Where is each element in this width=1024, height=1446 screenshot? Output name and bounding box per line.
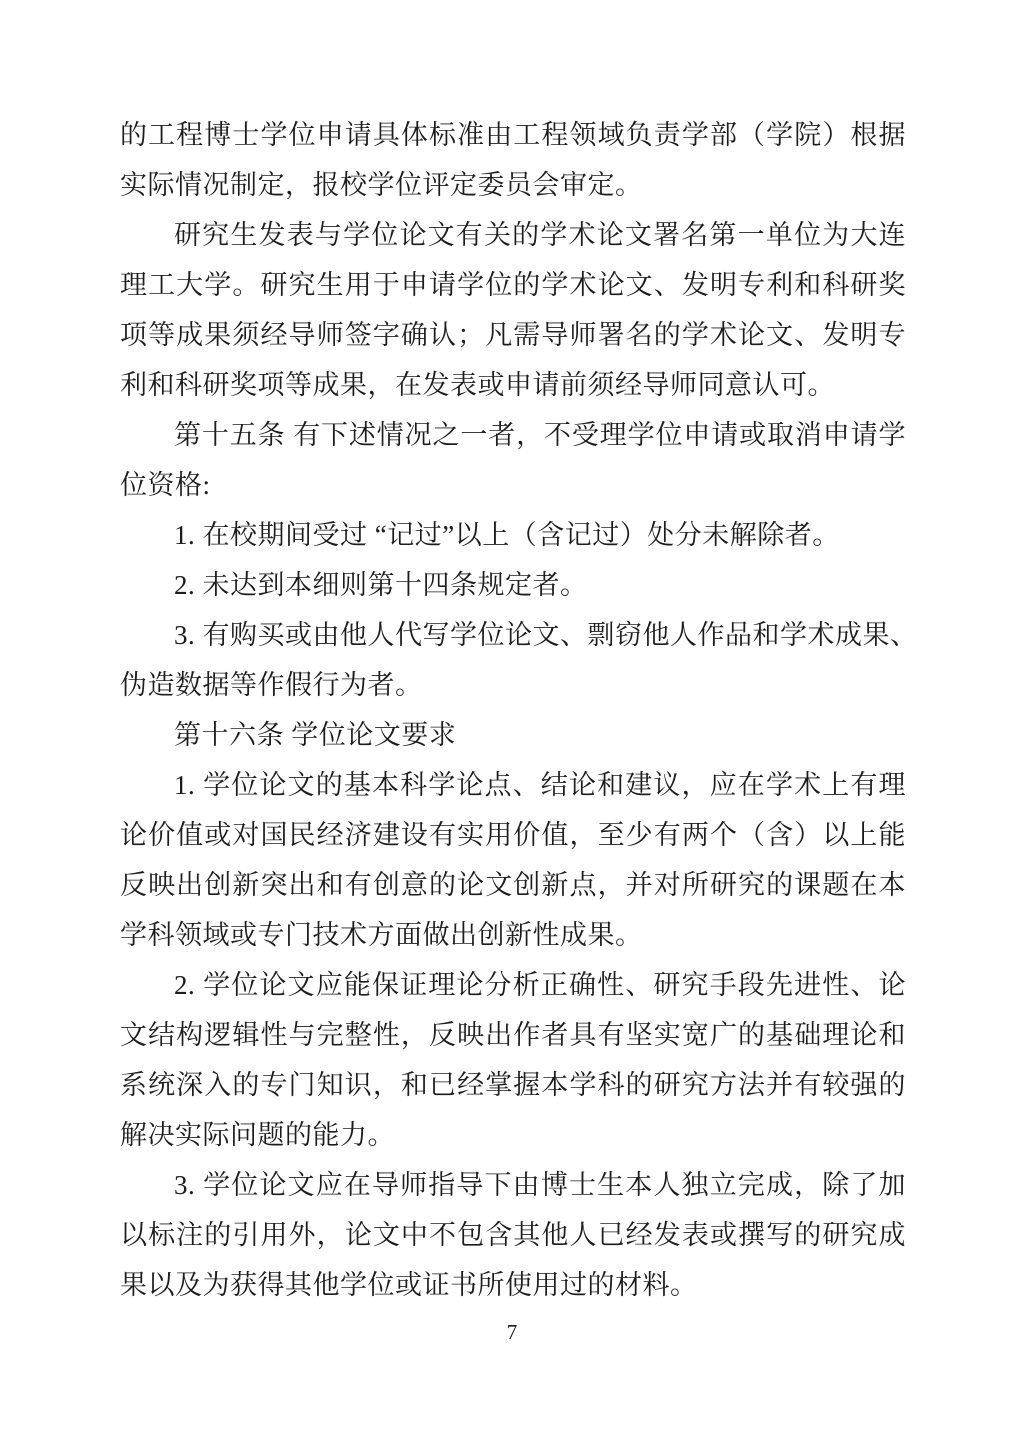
- list-item-line: 2. 未达到本细则第十四条规定者。: [120, 560, 906, 610]
- text-line: 反映出创新突出和有创意的论文创新点，并对所研究的课题在本: [120, 860, 906, 910]
- text-line: 项等成果须经导师签字确认；凡需导师署名的学术论文、发明专: [120, 310, 906, 360]
- list-item-line: 3. 学位论文应在导师指导下由博士生本人独立完成，除了加: [120, 1160, 906, 1210]
- text-line: 理工大学。研究生用于申请学位的学术论文、发明专利和科研奖: [120, 260, 906, 310]
- text-line: 伪造数据等作假行为者。: [120, 660, 906, 710]
- list-item-line: 1. 在校期间受过 “记过”以上（含记过）处分未解除者。: [120, 510, 906, 560]
- page-number: 7: [0, 1316, 1024, 1348]
- article-heading-line: 第十五条 有下述情况之一者，不受理学位申请或取消申请学: [120, 410, 906, 460]
- list-item-line: 3. 有购买或由他人代写学位论文、剽窃他人作品和学术成果、: [120, 610, 906, 660]
- text-line: 系统深入的专门知识，和已经掌握本学科的研究方法并有较强的: [120, 1060, 906, 1110]
- document-page: 的工程博士学位申请具体标准由工程领域负责学部（学院）根据 实际情况制定，报校学位…: [0, 0, 1024, 1446]
- list-item-line: 2. 学位论文应能保证理论分析正确性、研究手段先进性、论: [120, 960, 906, 1010]
- text-line: 实际情况制定，报校学位评定委员会审定。: [120, 160, 906, 210]
- list-item-line: 1. 学位论文的基本科学论点、结论和建议，应在学术上有理: [120, 760, 906, 810]
- text-line: 解决实际问题的能力。: [120, 1110, 906, 1160]
- text-line: 学科领域或专门技术方面做出创新性成果。: [120, 910, 906, 960]
- text-line: 研究生发表与学位论文有关的学术论文署名第一单位为大连: [120, 210, 906, 260]
- text-line: 论价值或对国民经济建设有实用价值，至少有两个（含）以上能: [120, 810, 906, 860]
- text-line: 以标注的引用外，论文中不包含其他人已经发表或撰写的研究成: [120, 1210, 906, 1260]
- text-line: 文结构逻辑性与完整性，反映出作者具有坚实宽广的基础理论和: [120, 1010, 906, 1060]
- text-line: 位资格:: [120, 460, 906, 510]
- text-line: 果以及为获得其他学位或证书所使用过的材料。: [120, 1260, 906, 1310]
- document-body: 的工程博士学位申请具体标准由工程领域负责学部（学院）根据 实际情况制定，报校学位…: [0, 0, 1024, 1310]
- text-line: 利和科研奖项等成果，在发表或申请前须经导师同意认可。: [120, 360, 906, 410]
- text-line: 的工程博士学位申请具体标准由工程领域负责学部（学院）根据: [120, 110, 906, 160]
- article-heading-line: 第十六条 学位论文要求: [120, 710, 906, 760]
